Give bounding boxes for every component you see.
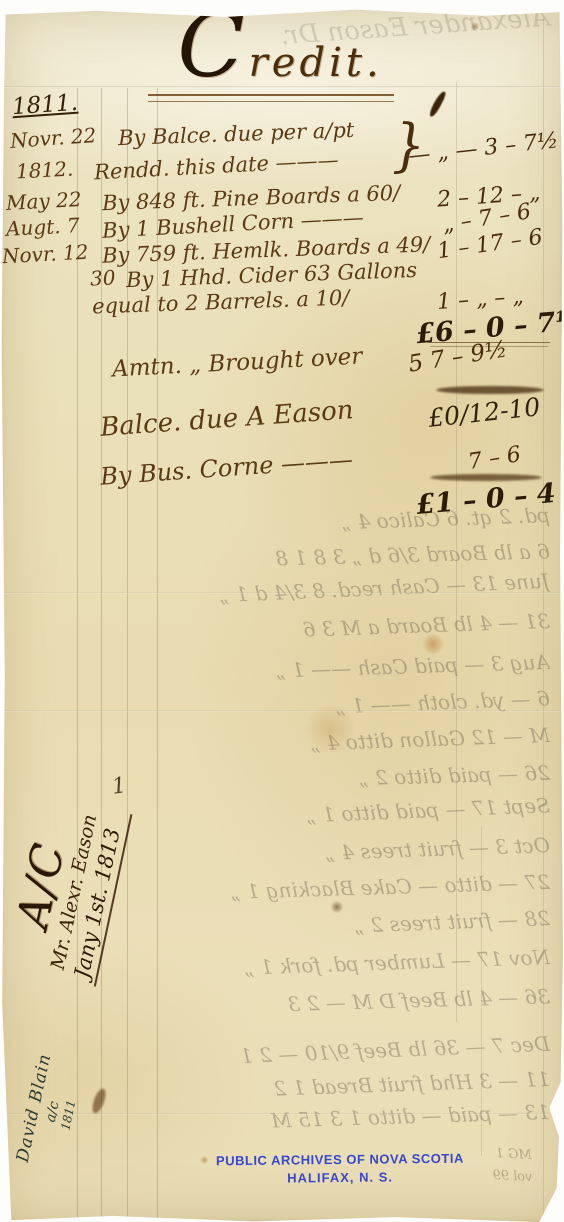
stain-spot: [470, 22, 480, 31]
entry-amount: — „ — 3 – 7½: [407, 128, 559, 169]
corn-entry-amount: 7 – 6: [466, 442, 522, 475]
page-title: Credit.: [150, 20, 410, 86]
balance-due-label: Balce. due A Eason: [99, 395, 354, 443]
stain-spot: [300, 706, 360, 752]
entry-date: Novr. 22: [9, 123, 97, 153]
ink-slash-mark: [428, 90, 447, 118]
paper-crease: [0, 86, 564, 88]
entry-date: Augt. 7: [5, 213, 80, 241]
archives-stamp: PUBLIC ARCHIVES OF NOVA SCOTIA HALIFAX, …: [200, 1151, 480, 1187]
docket-eason: A/C Mr. Alexr. Eason Jany 1st. 1813: [14, 784, 278, 1034]
bleed-through-line: M — 12 Gallon ditto 4 „: [34, 723, 551, 765]
entry-description: By Balce. due per a/pt: [118, 118, 355, 150]
stain-spot: [330, 901, 344, 913]
bleed-through-line: 6 — yd. cloth —— 1 „: [34, 686, 551, 730]
entry-date: Novr. 12: [1, 240, 89, 268]
archivist-note-ghost: MG 1 vol 99: [467, 1142, 559, 1191]
title-underline: [148, 94, 394, 102]
paper-fold-line: [543, 16, 544, 1222]
balance-due-amount: £0/12-10: [427, 392, 542, 433]
bleed-through-line: Aug 3 — paid Cash —— 1 „: [34, 650, 550, 690]
stain-spot: [200, 1156, 209, 1164]
paper-crease: [0, 710, 564, 712]
entry-date: 1812.: [15, 157, 73, 184]
bleed-through-line: 31 — 4 lb Board a M 3 6: [34, 609, 551, 651]
stamp-line-2: HALIFAX, N. S.: [200, 1169, 480, 1187]
entry-date: 30: [89, 265, 116, 290]
year-heading: 1811.: [11, 90, 79, 121]
corn-entry-label: By Bus. Corne ———: [99, 445, 353, 491]
paper-crease: [0, 592, 564, 594]
archivist-note-line: vol 99: [467, 1164, 558, 1191]
ledger-paper-sheet: Alexander Eason Dr. pd. 2 qt. 6 Calico 4…: [0, 6, 564, 1222]
ruled-column-line: [481, 826, 482, 1156]
brought-over-label: Amtn. „ Brought over: [111, 343, 362, 382]
docket-blain: David Blain a/c 1811: [22, 1038, 202, 1214]
entry-date: May 22: [5, 187, 82, 215]
stamp-line-1: PUBLIC ARCHIVES OF NOVA SCOTIA: [200, 1151, 480, 1169]
entry-description: Rendd. this date ———: [94, 148, 340, 185]
stain-spot: [420, 634, 446, 654]
